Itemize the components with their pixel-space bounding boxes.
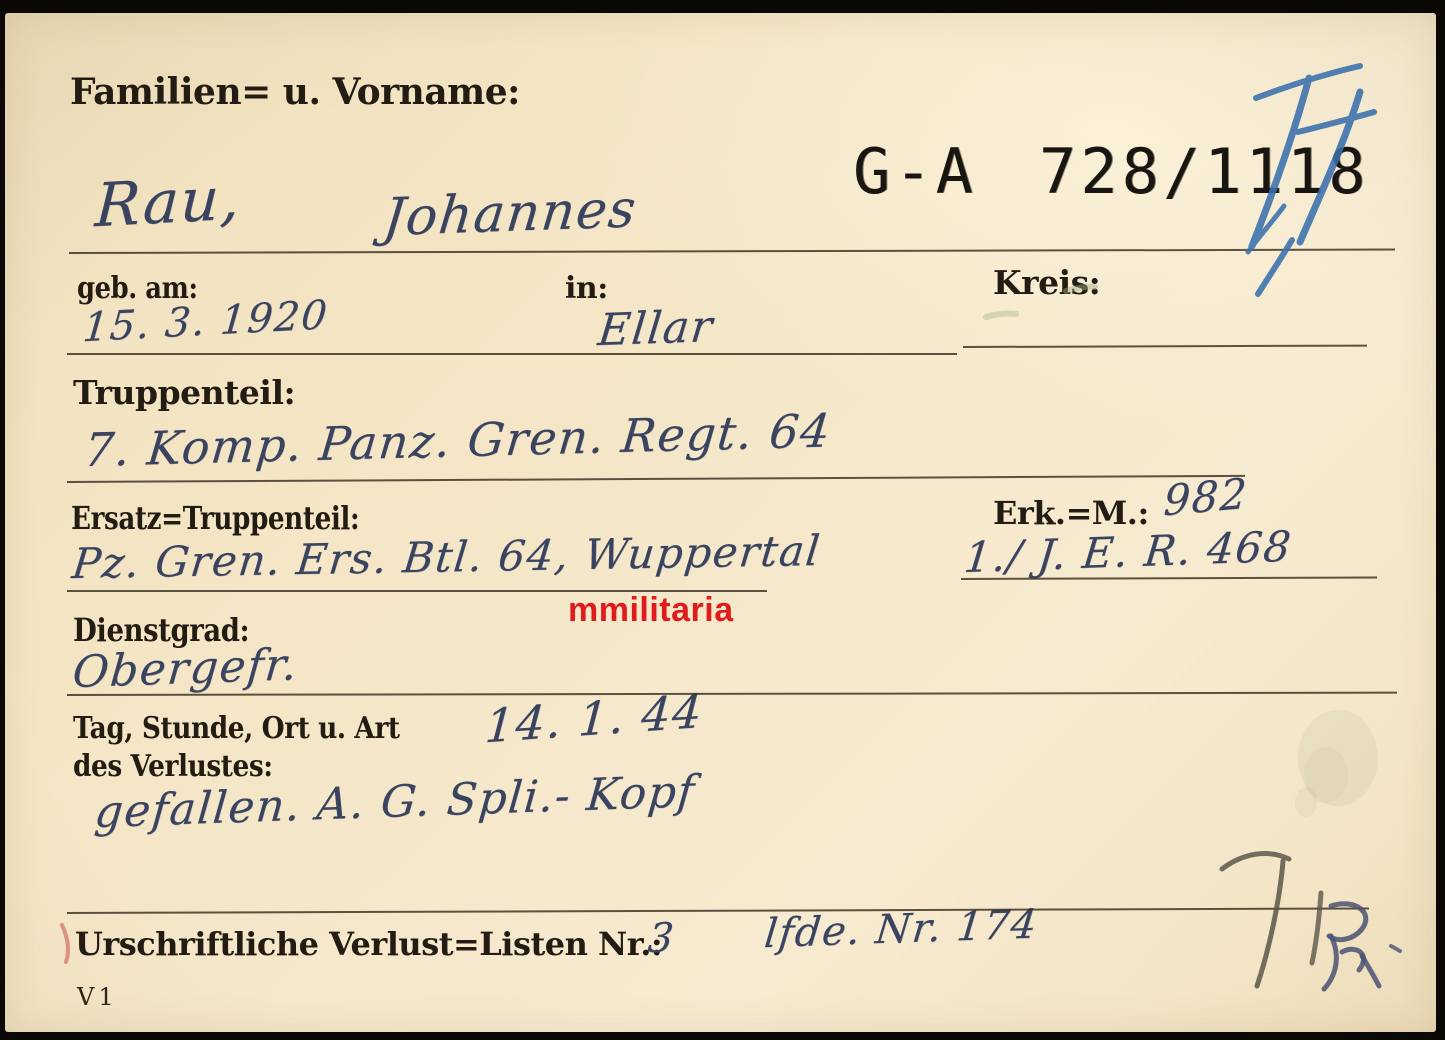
- rule-kreis-line: [963, 345, 1367, 348]
- entry-id-tag-unit: 1./ J. E. R. 468: [962, 522, 1295, 583]
- rule-rank-line: [67, 692, 1397, 696]
- entry-birth-place: Ellar: [596, 301, 716, 356]
- label-in: in:: [565, 271, 608, 306]
- entry-rank: Obergefr.: [71, 639, 301, 698]
- entry-loss-list-number: 3: [646, 915, 677, 963]
- scanned-card: Familien= u. Vorname: geb. am: in: Kreis…: [0, 0, 1445, 1040]
- label-family-first-name: Familien= u. Vorname:: [70, 71, 520, 113]
- stamp-prefix: G-A: [853, 135, 977, 208]
- label-id-tag: Erk.=M.:: [993, 494, 1149, 532]
- entry-unit: 7. Komp. Panz. Gren. Regt. 64: [82, 403, 834, 477]
- label-unit: Truppenteil:: [73, 373, 295, 412]
- rule-loss-list-line: [67, 907, 1369, 914]
- label-kreis: Kreis:: [993, 263, 1100, 302]
- label-loss-line2: des Verlustes:: [73, 749, 273, 784]
- label-loss-line1: Tag, Stunde, Ort u. Art: [73, 711, 400, 746]
- card-paper: Familien= u. Vorname: geb. am: in: Kreis…: [5, 13, 1436, 1032]
- form-code: V1: [77, 983, 118, 1011]
- watermark-text: mmilitaria: [568, 591, 734, 630]
- rule-id-tag-line: [961, 577, 1377, 580]
- reference-number-stamp: G-A 728/1118: [853, 135, 1370, 208]
- entry-last-name: Rau,: [93, 163, 243, 241]
- label-replacement-unit: Ersatz=Truppenteil:: [71, 499, 359, 537]
- rule-birth-line: [67, 353, 957, 355]
- entry-first-name: Johannes: [381, 179, 640, 248]
- rule-name-line: [69, 249, 1395, 254]
- stamp-number: 728/1118: [1039, 135, 1370, 208]
- label-loss-list: Urschriftliche Verlust=Listen Nr.:: [75, 925, 662, 963]
- rule-unit-line: [67, 475, 1245, 483]
